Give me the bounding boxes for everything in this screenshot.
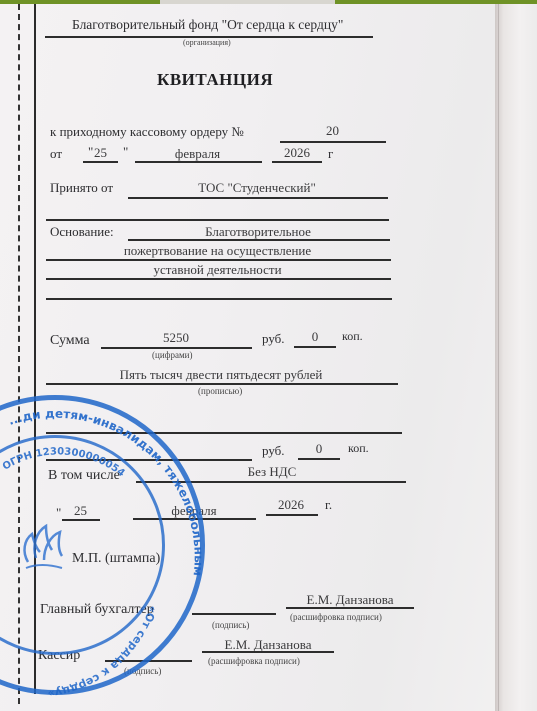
stamp-hands-heart-icon — [18, 512, 66, 572]
basis-line-2: пожертвование на осуществление — [46, 243, 389, 259]
kop-value-2: 0 — [298, 441, 340, 457]
received-from-line — [128, 197, 388, 199]
date-quote-close: " — [123, 144, 128, 160]
basis-line-1: Благотворительное — [128, 224, 388, 240]
paper-fold-line — [498, 4, 499, 711]
date-from-label: от — [50, 146, 62, 162]
organization-caption: (организация) — [183, 38, 231, 47]
amount-words: Пять тысяч двести пятьдесят рублей — [46, 367, 396, 383]
kop-value: 0 — [294, 329, 336, 345]
stamp-inner-text: ОГРН 1230300000054 — [1, 446, 127, 479]
document-title: КВИТАНЦИЯ — [157, 70, 273, 90]
kop-line — [294, 346, 336, 348]
basis-line-1-rule — [128, 239, 390, 241]
order-label: к приходному кассовому ордеру № — [50, 124, 244, 140]
basis-line-2-rule — [46, 259, 391, 261]
organization-name: Благотворительный фонд "От сердца к серд… — [72, 17, 343, 33]
paper-fold — [495, 4, 537, 711]
rub-label-2: руб. — [262, 443, 285, 459]
order-number: 20 — [280, 123, 385, 139]
amount-digits: 5250 — [101, 330, 251, 346]
sign-date-year: 2026 — [266, 497, 316, 513]
svg-text:«От сердца к сердцу»: «От сердца к сердцу» — [47, 604, 160, 700]
basis-label: Основание: — [50, 224, 114, 240]
basis-extra-line — [46, 298, 392, 300]
date-day-line — [83, 161, 118, 163]
received-from-label: Принято от — [50, 180, 113, 196]
order-number-line — [280, 141, 386, 143]
chief-name-caption: (расшифровка подписи) — [290, 612, 382, 622]
date-day: 25 — [83, 145, 118, 161]
date-year-suffix: г — [328, 146, 333, 162]
received-from-extra-line — [46, 219, 389, 221]
received-from-value: ТОС "Студенческий" — [128, 180, 386, 196]
date-year: 2026 — [272, 145, 322, 161]
chief-accountant-name-line — [286, 607, 414, 609]
date-month-line — [135, 161, 262, 163]
amount-words-line — [46, 383, 398, 385]
amount-digits-line — [101, 347, 252, 349]
amount-label: Сумма — [50, 333, 90, 349]
date-month: февраля — [135, 146, 260, 162]
rub-label: руб. — [262, 331, 285, 347]
kop-label: коп. — [342, 329, 363, 344]
digits-caption: (цифрами) — [152, 350, 192, 360]
basis-line-3: уставной деятельности — [46, 262, 389, 278]
basis-line-3-rule — [46, 278, 391, 280]
stamp-lower-text: «От сердца к сердцу» — [47, 604, 160, 700]
date-year-line — [272, 161, 322, 163]
svg-text:ОГРН 1230300000054: ОГРН 1230300000054 — [1, 446, 127, 479]
kop-label-2: коп. — [348, 441, 369, 456]
sign-date-year-line — [266, 514, 318, 516]
sign-date-year-suffix: г. — [325, 497, 332, 513]
chief-accountant-name: Е.М. Данзанова — [286, 592, 414, 608]
kop-line-2 — [298, 458, 340, 460]
